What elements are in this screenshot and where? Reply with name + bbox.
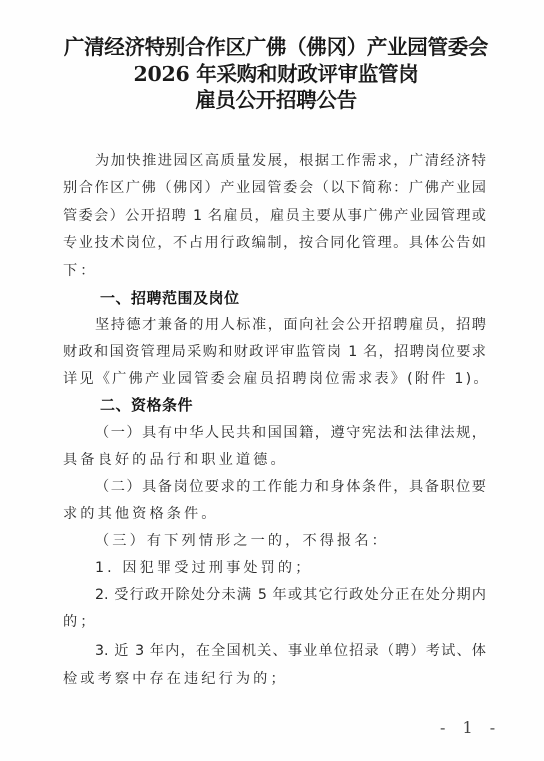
section-2-item-3-intro: （三）有下列情形之一的，不得报名： <box>95 531 486 551</box>
section-2-item-2-line: （二）具备岗位要求的工作能力和身体条件，具备职位要 <box>95 477 486 497</box>
section-2-item-3-sub-2-line: 的； <box>63 612 486 632</box>
section-2-item-1-line: （一）具有中华人民共和国国籍，遵守宪法和法律法规， <box>95 423 486 443</box>
section-2-item-1-line: 具备良好的品行和职业道德。 <box>63 450 486 470</box>
intro-paragraph-line: 别合作区广佛（佛冈）产业园管委会（以下简称：广佛产业园 <box>63 178 486 198</box>
title-line-3: 雇员公开招聘公告 <box>40 87 512 113</box>
title-line-2: 2026 年采购和财政评审监管岗 <box>40 61 512 87</box>
section-2-item-3-sub-1: 1. 因犯罪受过刑事处罚的； <box>95 558 486 578</box>
section-1-paragraph-line: 财政和国资管理局采购和财政评审监管岗 1 名，招聘岗位要求 <box>63 342 486 362</box>
section-2-item-3-sub-3-line: 3. 近 3 年内，在全国机关、事业单位招录（聘）考试、体 <box>95 641 486 661</box>
intro-paragraph-line: 管委会）公开招聘 1 名雇员，雇员主要从事广佛产业园管理或 <box>63 206 486 226</box>
title-line-1: 广清经济特别合作区广佛（佛冈）产业园管委会 <box>40 34 512 60</box>
section-2-item-3-sub-3-line: 检或考察中存在违纪行为的； <box>63 669 486 689</box>
section-1-paragraph-line: 详见《广佛产业园管委会雇员招聘岗位需求表》(附件 1)。 <box>63 369 486 389</box>
intro-paragraph-line: 为加快推进园区高质量发展，根据工作需求，广清经济特 <box>95 151 486 171</box>
section-2-item-2-line: 求的其他资格条件。 <box>63 504 486 524</box>
document-page: 广清经济特别合作区广佛（佛冈）产业园管委会 2026 年采购和财政评审监管岗 雇… <box>0 0 544 761</box>
section-2-item-3-sub-2-line: 2. 受行政开除处分未满 5 年或其它行政处分正在处分期内 <box>95 585 486 605</box>
intro-paragraph-line: 专业技术岗位，不占用行政编制，按合同化管理。具体公告如 <box>63 233 486 253</box>
intro-paragraph-line: 下： <box>63 261 486 281</box>
section-2-heading: 二、资格条件 <box>100 395 193 415</box>
section-1-heading: 一、招聘范围及岗位 <box>100 288 240 308</box>
section-1-paragraph-line: 坚持德才兼备的用人标准，面向社会公开招聘雇员，招聘 <box>95 315 486 335</box>
page-number: - 1 - <box>440 718 501 737</box>
